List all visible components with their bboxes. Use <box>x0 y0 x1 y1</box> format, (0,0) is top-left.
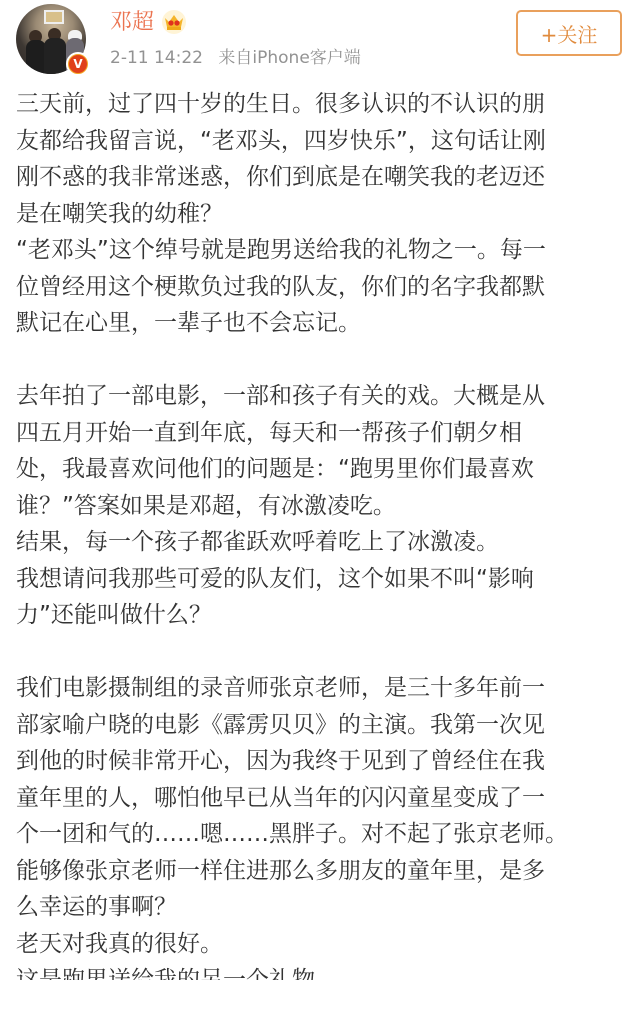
text-line: 谁？”答案如果是邓超，有冰激凌吃。 <box>16 488 624 525</box>
text-line: 去年拍了一部电影，一部和孩子有关的戏。大概是从 <box>16 378 624 415</box>
text-line: 能够像张京老师一样住进那么多朋友的童年里，是多 <box>16 853 624 890</box>
text-line: 部家喻户晓的电影《霹雳贝贝》的主演。我第一次见 <box>16 707 624 744</box>
text-line: 刚不惑的我非常迷惑，你们到底是在嘲笑我的老迈还 <box>16 159 624 196</box>
text-line: 童年里的人，哪怕他早已从当年的闪闪童星变成了一 <box>16 780 624 817</box>
text-line: 三天前，过了四十岁的生日。很多认识的不认识的朋 <box>16 86 624 123</box>
post-timestamp: 2-11 14:22 <box>110 48 203 68</box>
text-line: 四五月开始一直到年底，每天和一帮孩子们朝夕相 <box>16 415 624 452</box>
author-name[interactable]: 邓超 <box>110 8 154 38</box>
paragraph-gap <box>16 634 624 671</box>
text-line: 我想请问我那些可爱的队友们，这个如果不叫“影响 <box>16 561 624 598</box>
avatar-photo-detail <box>26 40 46 74</box>
avatar-photo-detail <box>44 38 66 74</box>
post-body: 三天前，过了四十岁的生日。很多认识的不认识的朋 友都给我留言说，“老邓头，四岁快… <box>16 86 624 980</box>
crown-icon[interactable] <box>162 10 186 34</box>
text-line: 位曾经用这个梗欺负过我的队友，你们的名字我都默 <box>16 269 624 306</box>
text-line: 个一团和气的……嗯……黑胖子。对不起了张京老师。 <box>16 816 624 853</box>
paragraph-gap <box>16 342 624 379</box>
text-line: 友都给我留言说，“老邓头，四岁快乐”，这句话让刚 <box>16 123 624 160</box>
follow-button[interactable]: +关注 <box>516 10 622 56</box>
post-source[interactable]: 来自iPhone客户端 <box>218 48 360 68</box>
text-line: 老天对我真的很好。 <box>16 926 624 963</box>
verified-v-icon: V <box>66 52 90 76</box>
text-line: 结果，每一个孩子都雀跃欢呼着吃上了冰激凌。 <box>16 524 624 561</box>
text-line: 我们电影摄制组的录音师张京老师，是三十多年前一 <box>16 670 624 707</box>
text-line: 处，我最喜欢问他们的问题是：“跑男里你们最喜欢 <box>16 451 624 488</box>
text-line: 么幸运的事啊？ <box>16 889 624 926</box>
text-line: “老邓头”这个绰号就是跑男送给我的礼物之一。每一 <box>16 232 624 269</box>
text-line-clipped: 这是跑男送给我的另一个礼物。 <box>16 962 624 980</box>
avatar-photo-detail <box>44 10 64 24</box>
text-line: 到他的时候非常开心，因为我终于见到了曾经住在我 <box>16 743 624 780</box>
text-line: 默记在心里，一辈子也不会忘记。 <box>16 305 624 342</box>
text-line: 力”还能叫做什么？ <box>16 597 624 634</box>
post-header: V 邓超 2-11 14:22 来自iPhone客户端 +关注 <box>0 0 640 84</box>
post-meta: 2-11 14:22 来自iPhone客户端 <box>110 46 361 70</box>
text-line: 是在嘲笑我的幼稚？ <box>16 196 624 233</box>
